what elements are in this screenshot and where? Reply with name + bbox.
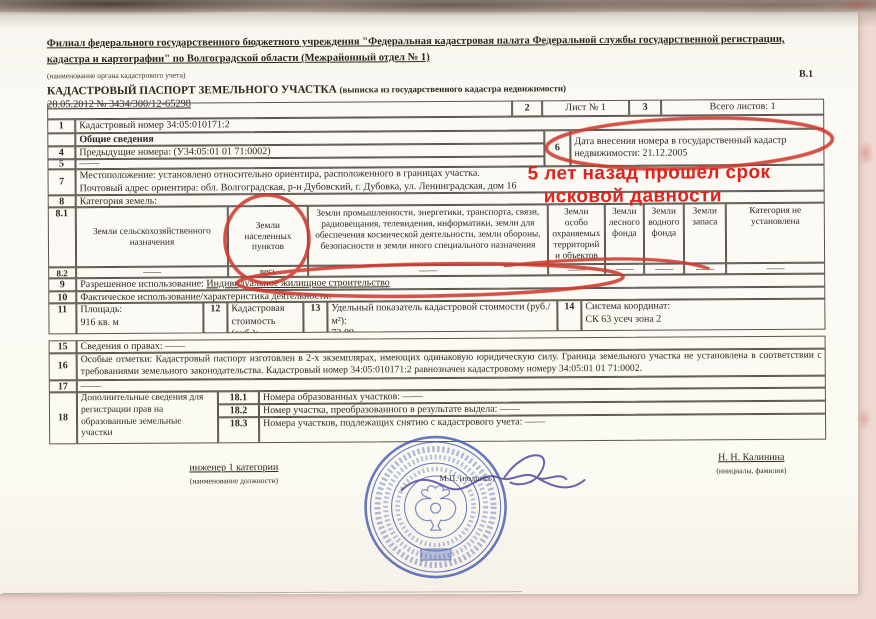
document-title: КАДАСТРОВЫЙ ПАСПОРТ ЗЕМЕЛЬНОГО УЧАСТКА (… bbox=[47, 82, 566, 97]
val-protected: —— bbox=[548, 264, 605, 275]
signer-name-caption: (инициалы, фамилия) bbox=[691, 466, 811, 476]
val-forest: —— bbox=[605, 264, 644, 275]
issuing-org-caption: (наименование органа кадастрового учета) bbox=[47, 71, 186, 81]
row6-number: 6 bbox=[544, 130, 570, 166]
total-sheets: Всего листов: 1 bbox=[661, 99, 824, 116]
category-water: Земли водного фонда bbox=[644, 203, 684, 263]
val-water: —— bbox=[644, 263, 684, 274]
row16-number: 16 bbox=[49, 353, 77, 380]
sheet-col3-number: 3 bbox=[629, 100, 661, 116]
row82-number: 8.2 bbox=[48, 267, 76, 278]
row18-number: 18 bbox=[49, 392, 77, 444]
signer-position-caption: (наименование должности) bbox=[151, 476, 316, 486]
cadastral-value-label: Кадастровая стоимость (руб.): bbox=[231, 303, 299, 333]
val-settlements: весь bbox=[228, 266, 308, 277]
category-forest: Земли лесного фонда bbox=[605, 204, 644, 264]
row9-number: 9 bbox=[48, 278, 76, 291]
row1-number: 1 bbox=[47, 119, 75, 133]
category-settlements: Земли населенных пунктов bbox=[228, 206, 308, 266]
document-content: Филиал федерального государственного бюд… bbox=[0, 0, 876, 619]
specific-value-label: Удельный показатель кадастровой стоимост… bbox=[331, 301, 553, 327]
row17-number: 17 bbox=[49, 380, 77, 392]
coordinate-system-cell: Система координат: СК 63 усеч зона 2 bbox=[581, 299, 825, 331]
coordinate-system-value: СК 63 усеч зона 2 bbox=[585, 312, 821, 326]
specific-value: 73.89 bbox=[331, 326, 553, 332]
permitted-use-value: Индивидуальное жилищное строительство bbox=[206, 277, 389, 289]
general-header-number-cell bbox=[47, 133, 75, 146]
gkn-entry-date: Дата внесения номера в государственный к… bbox=[570, 129, 824, 167]
row5-number: 5 bbox=[47, 159, 75, 169]
scanned-document: Филиал федерального государственного бюд… bbox=[0, 0, 876, 619]
signer-name: Н. Н. Калинина bbox=[691, 452, 811, 464]
category-protected: Земли особо охраняемых территорий и объе… bbox=[548, 204, 605, 264]
row14-number: 14 bbox=[557, 300, 581, 331]
additional-info-label: Дополнительные сведения для регистрации … bbox=[77, 391, 218, 444]
issuing-org-line: Филиал федерального государственного бюд… bbox=[47, 32, 787, 68]
row181-number: 18.1 bbox=[218, 391, 259, 404]
row182-number: 18.2 bbox=[218, 404, 259, 417]
form-code: В.1 bbox=[799, 69, 813, 80]
row81-number: 8.1 bbox=[48, 207, 76, 267]
row12-number: 12 bbox=[203, 302, 227, 333]
row7-number: 7 bbox=[48, 169, 76, 195]
official-round-stamp bbox=[353, 432, 519, 583]
category-reserve: Земли запаса bbox=[684, 203, 726, 263]
val-not-set: —— bbox=[726, 263, 825, 275]
permitted-use-label: Разрешенное использование: bbox=[80, 278, 204, 290]
row10-number: 10 bbox=[48, 291, 76, 303]
sheet-col2-number: 2 bbox=[512, 100, 542, 116]
parcels-to-remove: Номера участков, подлежащих снятию с кад… bbox=[259, 414, 826, 443]
specific-value-cell: Удельный показатель кадастровой стоимост… bbox=[327, 300, 557, 332]
cadastral-value-cell: Кадастровая стоимость (руб.): 67683.24 bbox=[227, 302, 303, 333]
category-industry: Земли промышленности, энергетики, трансп… bbox=[308, 204, 548, 265]
double-headed-eagle-icon bbox=[415, 486, 455, 531]
category-agricultural: Земли сельскохозяйственного назначения bbox=[76, 206, 228, 267]
red-note-line2: исковой давности bbox=[544, 185, 722, 208]
row183-number: 18.3 bbox=[218, 417, 259, 443]
area-value: 916 кв. м bbox=[80, 316, 199, 329]
area-cell: Площадь: 916 кв. м bbox=[76, 302, 203, 334]
row4-number: 4 bbox=[47, 146, 75, 159]
category-not-set: Категория не установлена bbox=[726, 203, 825, 264]
row15-number: 15 bbox=[49, 340, 77, 353]
document-title-text: КАДАСТРОВЫЙ ПАСПОРТ ЗЕМЕЛЬНОГО УЧАСТКА bbox=[47, 84, 337, 98]
sheet-number: Лист № 1 bbox=[542, 100, 629, 117]
row8-number: 8 bbox=[48, 195, 76, 207]
page-fold-line bbox=[2, 591, 522, 594]
row13-number: 13 bbox=[303, 302, 327, 333]
val-agricultural: —— bbox=[76, 266, 228, 278]
signer-position: инженер 1 категории bbox=[151, 462, 316, 474]
val-reserve: —— bbox=[684, 263, 726, 274]
area-label: Площадь: bbox=[80, 303, 199, 316]
stamp-place-label: М.П. (подпись) bbox=[439, 473, 494, 483]
red-note-line1: 5 лет назад прошёл срок bbox=[527, 162, 770, 185]
document-title-note: (выписка из государственного кадастра не… bbox=[340, 83, 567, 94]
row11-number: 11 bbox=[48, 303, 76, 334]
